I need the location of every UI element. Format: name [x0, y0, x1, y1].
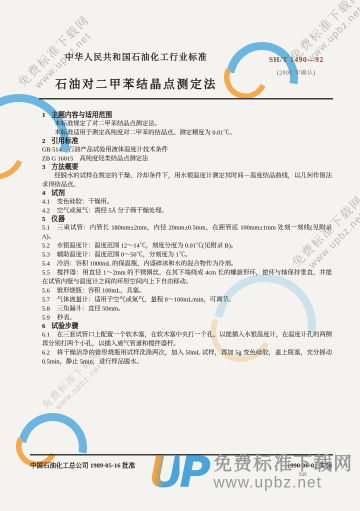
clause-5-2: 5.2水银温度计：温度范围 12～14℃，刻度分度为 0.01℃(见附录 B)。	[42, 241, 332, 250]
clause-5-3: 5.3辅助温度计：温度范围 0～50℃，分刻度为 1℃。	[42, 250, 332, 259]
confirmation-note: (2000 年确认)	[250, 69, 343, 77]
section-heading-5: 5仪器	[42, 215, 332, 223]
clause-text: 水银温度计：温度范围 12～14℃，刻度分度为 0.01℃(见附录 B)。	[57, 242, 237, 249]
section-title: 引用标准	[51, 137, 78, 145]
document-canvas: 免费标准下载网 www.upbz.net 免费标准下载网 www.upbz.ne…	[0, 0, 360, 511]
standard-number-block: SH/T 1490—92 (2000 年确认)	[250, 56, 343, 77]
clause-4-2: 4.2空气或氮气：需经 5Å 分子筛干燥处理。	[42, 206, 332, 215]
clause-5-6: 5.6锥形烧瓶：容积 100mL，具塞。	[42, 286, 332, 295]
up-logo-watermark-icon	[18, 413, 71, 466]
clause-number: 5.9	[42, 314, 50, 321]
clause-number: 6.2	[42, 349, 50, 356]
clause-number: 4.1	[42, 198, 50, 205]
clause-text: 三角漏斗：直径 50mm。	[57, 305, 125, 312]
section-heading-6: 6试验步骤	[42, 322, 332, 330]
section-heading-2: 2引用标准	[42, 137, 332, 145]
clause-text: 锥形烧瓶：容积 100mL，具塞。	[57, 287, 145, 294]
section-title: 主题内容与适用范围	[51, 111, 112, 119]
watermark-site-name: 免费标准下载网	[213, 454, 353, 474]
document-body: 1主题内容与适用范围 本标准规定了对二甲苯结晶点测定法。 本标准适用于测定高纯度…	[42, 111, 332, 366]
reference-item: ZB G 16015 高纯度烃类结晶点测定法	[42, 154, 332, 163]
clause-5-1: 5.1三重试管：内管长 180mm±2mm，内径 20mm±0.5mm，在距管底…	[42, 223, 332, 241]
header-divider	[39, 98, 333, 100]
clause-number: 5.1	[42, 224, 50, 231]
section-number: 6	[42, 322, 45, 330]
section-number: 1	[42, 111, 45, 119]
section-heading-3: 3方法概要	[42, 163, 332, 171]
section-title: 方法概要	[51, 163, 78, 171]
up-logo-icon: UP	[149, 451, 206, 494]
clause-text: 空气或氮气：需经 5Å 分子筛干燥处理。	[57, 207, 168, 214]
clause-5-5: 5.5搅拌器：用直径 1～2mm 的不锈钢丝，在其下端绕成 4cm 长的螺旋形环…	[42, 268, 332, 286]
paragraph: 经脱水的试样在规定的干燥、冷却条件下，用水银温度计测定其时间－温度结晶曲线，以几…	[42, 171, 332, 189]
watermark-site-url: www.upbz.net	[213, 474, 353, 491]
clause-number: 5.2	[42, 242, 50, 249]
clause-5-4: 5.4冷浴：容积 1000mL 的保温瓶，内盛碎冰和水的混合物作为冷剂。	[42, 259, 332, 268]
approval-note: 中国石油化工总公司 1989-05-16 批准	[30, 460, 135, 470]
clause-number: 4.2	[42, 207, 50, 214]
section-number: 4	[42, 189, 45, 197]
clause-number: 6.1	[42, 331, 50, 338]
logo-swoosh-blue	[4, 399, 100, 495]
clause-text: 秒表。	[57, 314, 76, 321]
paragraph: 本标准适用于测定高纯度对二甲苯的结晶点。测定精度为 0.01℃。	[42, 128, 332, 137]
section-heading-4: 4试剂	[42, 189, 332, 197]
logo-letter-u: U	[149, 448, 179, 498]
standard-number: SH/T 1490—92	[250, 56, 343, 65]
clause-number: 5.8	[42, 305, 50, 312]
clause-text: 辅助温度计：温度范围 0～50℃，分刻度为 1℃。	[57, 251, 191, 258]
clause-text: 冷浴：容积 1000mL 的保温瓶，内盛碎冰和水的混合物作为冷剂。	[57, 260, 237, 267]
clause-text: 气体流量计：适用于空气或氮气，量程 0～100mL/min，可调节。	[57, 296, 235, 303]
logo-text-block: 免费标准下载网 www.upbz.net	[213, 454, 353, 491]
clause-number: 5.3	[42, 251, 50, 258]
section-number: 5	[42, 215, 45, 223]
up-logo-lockup: UP 免费标准下载网 www.upbz.net	[149, 451, 353, 494]
clause-5-7: 5.7气体流量计：适用于空气或氮气，量程 0～100mL/min，可调节。	[42, 295, 332, 304]
section-title: 试验步骤	[51, 322, 78, 330]
clause-5-8: 5.8三角漏斗：直径 50mm。	[42, 304, 332, 313]
clause-number: 5.5	[42, 269, 50, 276]
section-heading-1: 1主题内容与适用范围	[42, 111, 332, 119]
clause-text: 搅拌器：用直径 1～2mm 的不锈钢丝，在其下端绕成 4cm 长的螺旋形环，使环…	[42, 269, 332, 285]
section-title: 试剂	[51, 189, 65, 197]
clause-number: 5.7	[42, 296, 50, 303]
page-title: 石油对二甲苯结晶点测定法	[0, 75, 273, 92]
section-number: 3	[42, 163, 45, 171]
reference-item: GB 514 石油产品试验用液体温度计技术条件	[42, 145, 332, 154]
scanned-standard-document-page: 免费标准下载网 www.upbz.net 免费标准下载网 www.upbz.ne…	[0, 0, 360, 511]
clause-6-2: 6.2将干燥洁净的锥形烧瓶用试样洗涤两次，加入 50mL 试样，再加 5g 变色…	[42, 348, 332, 366]
section-title: 仪器	[51, 215, 65, 223]
clause-text: 在三套试管口上配置一个软木塞，在软木塞中央打一个孔，以能插入水银温度计，在温度计…	[42, 331, 332, 347]
clause-number: 5.6	[42, 287, 50, 294]
logo-swoosh-orange	[0, 112, 34, 189]
standard-org-line: 中华人民共和国石油化工行业标准	[0, 50, 273, 63]
logo-letter-p: P	[179, 448, 206, 498]
clause-text: 三重试管：内管长 180mm±2mm，内径 20mm±0.5mm，在距管底 10…	[42, 224, 332, 240]
paragraph: 本标准规定了对二甲苯结晶点测定法。	[42, 119, 332, 128]
clause-text: 将干燥洁净的锥形烧瓶用试样洗涤两次，加入 50mL 试样，再加 5g 变色硅胶，…	[42, 349, 332, 365]
clause-text: 变色硅胶：干燥用。	[57, 198, 113, 205]
clause-number: 5.4	[42, 260, 50, 267]
clause-6-1: 6.1在三套试管口上配置一个软木塞，在软木塞中央打一个孔，以能插入水银温度计，在…	[42, 330, 332, 348]
clause-5-9: 5.9秒表。	[42, 313, 332, 322]
section-number: 2	[42, 137, 45, 145]
clause-4-1: 4.1变色硅胶：干燥用。	[42, 197, 332, 206]
